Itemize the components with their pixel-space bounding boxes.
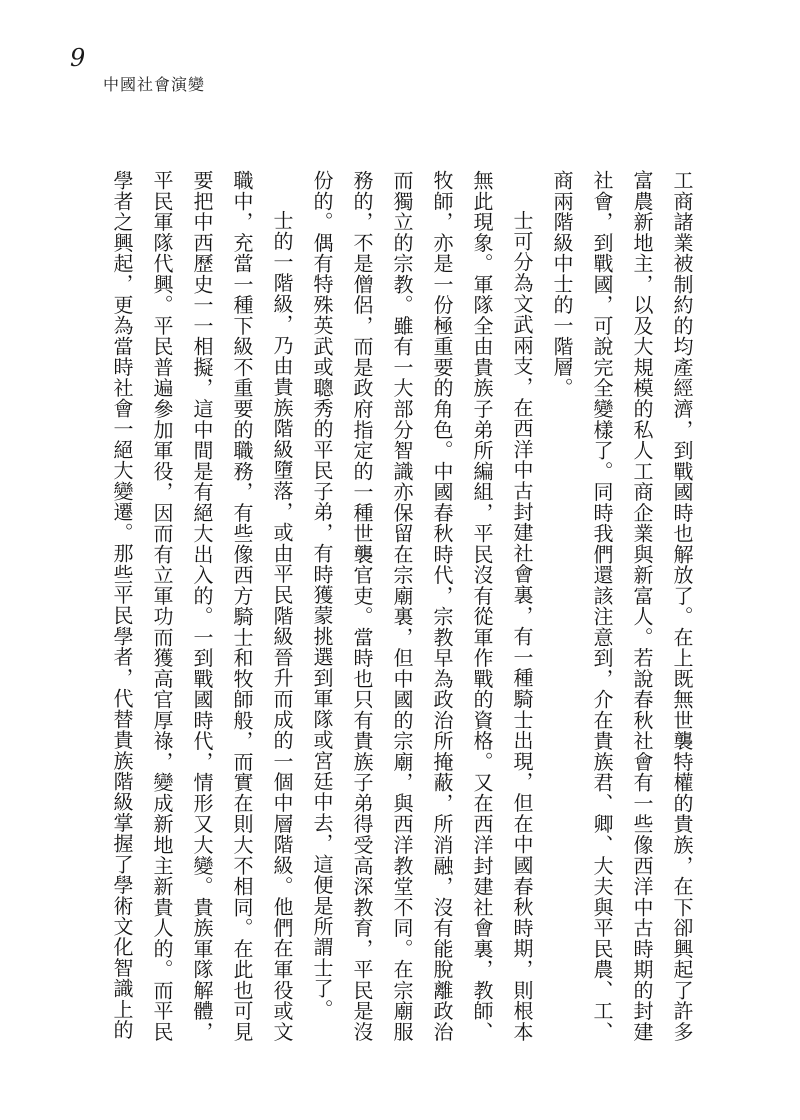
body-paragraph: 工商諸業被制約的均產經濟，到戰國時也解放了。在上既無世襲特權的貴族，在下卻興起了… [541, 170, 701, 1042]
body-paragraph: 士的一階級，乃由貴族階級墮落，或由平民階級晉升而成的一個中層階級。他們在軍役或文… [101, 170, 301, 1042]
vertical-text-block: 工商諸業被制約的均產經濟，到戰國時也解放了。在上既無世襲特權的貴族，在下卻興起了… [101, 170, 701, 1042]
body-paragraph: 士可分為文武兩支，在西洋中古封建社會裏，有一種騎士出現，但在中國春秋時期，則根本… [301, 170, 541, 1042]
page-number: 9 [70, 44, 85, 72]
running-title: 中國社會演變 [103, 72, 205, 95]
book-page: 9 中國社會演變 工商諸業被制約的均產經濟，到戰國時也解放了。在上既無世襲特權的… [0, 0, 800, 1120]
